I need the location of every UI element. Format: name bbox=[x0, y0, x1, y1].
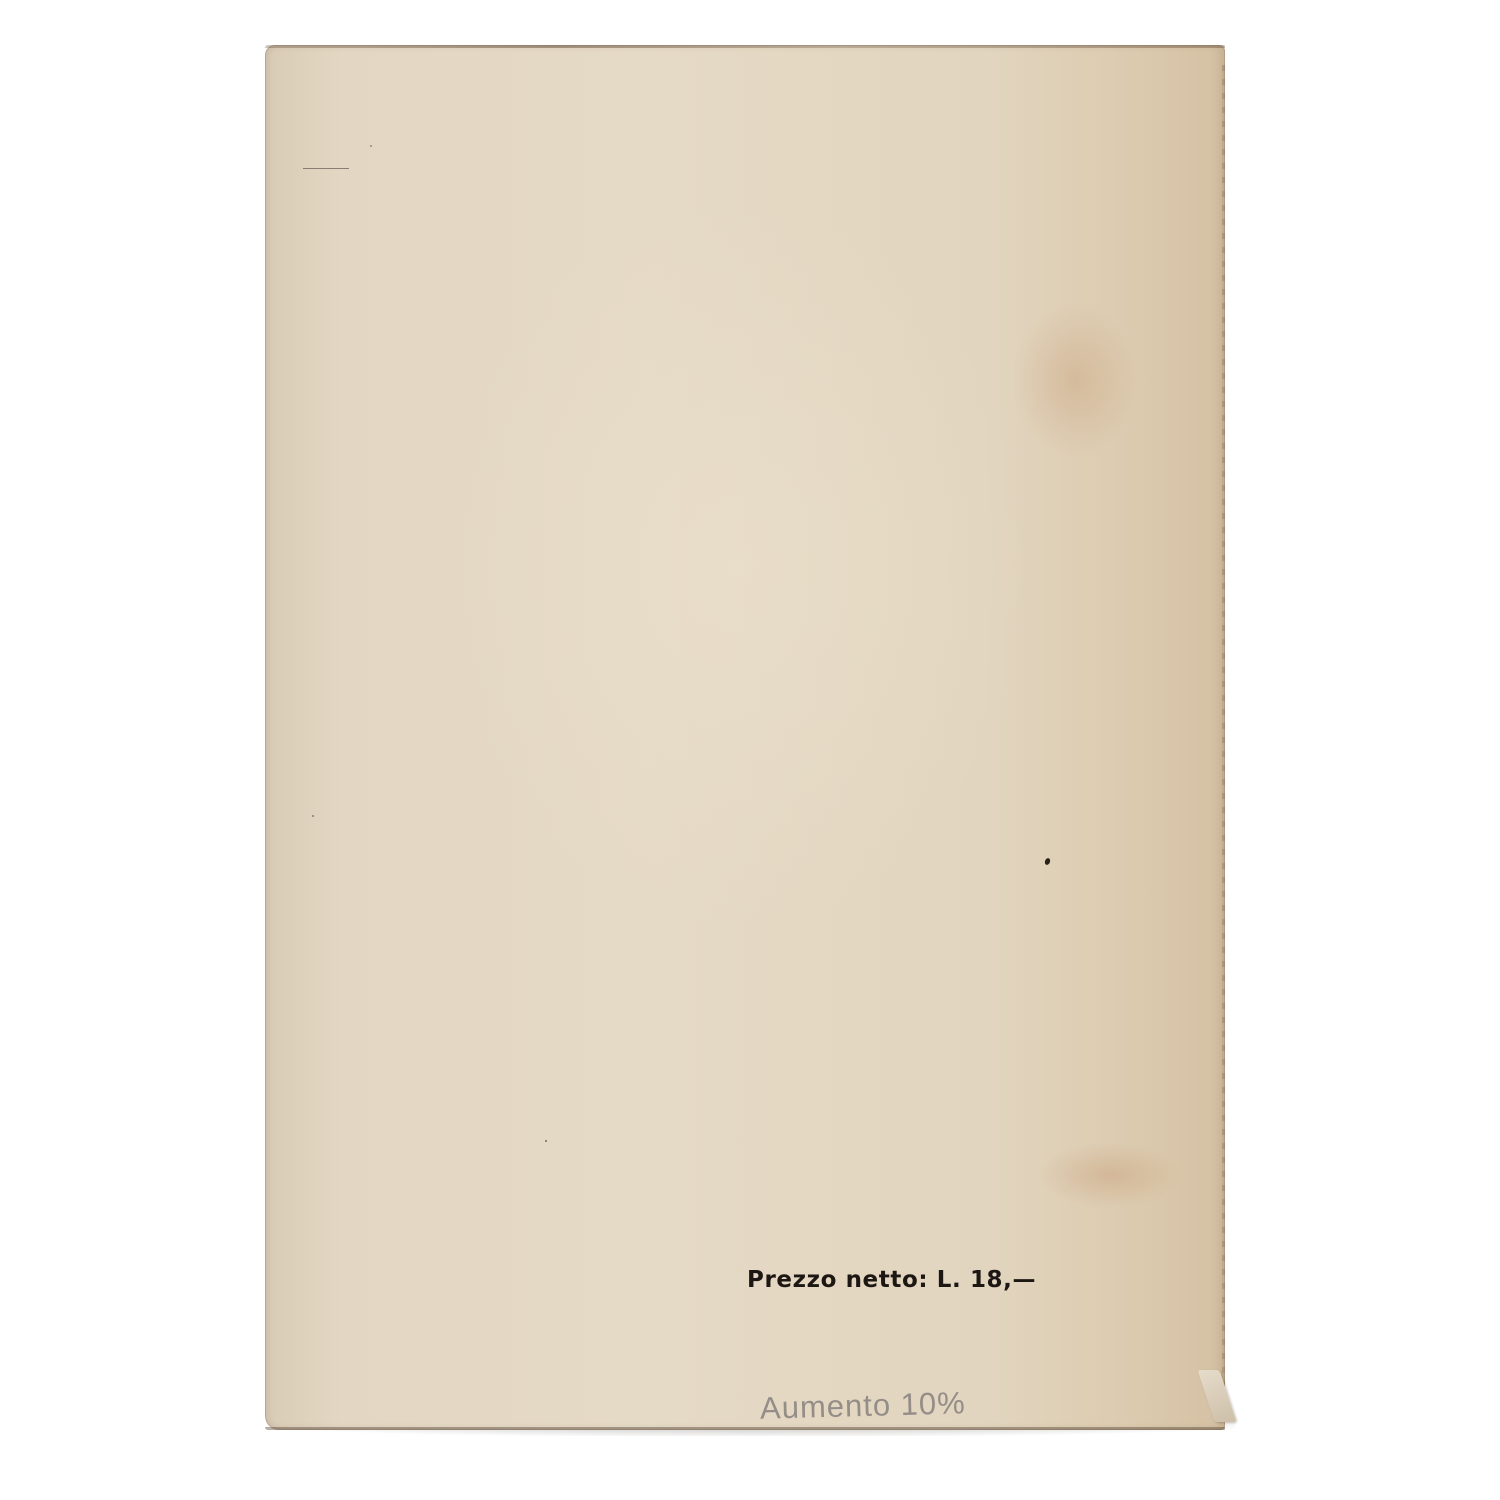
pencil-mark-line bbox=[303, 168, 349, 169]
paper-speck bbox=[370, 145, 372, 147]
paper-speck bbox=[545, 1140, 547, 1142]
photo-stage: Prezzo netto: L. 18,— Aumento 10% bbox=[0, 0, 1500, 1500]
handwritten-price-increase-note: Aumento 10% bbox=[760, 1385, 967, 1426]
ink-speck bbox=[1044, 857, 1051, 865]
worn-right-edge bbox=[1222, 65, 1225, 1405]
book-back-cover: Prezzo netto: L. 18,— Aumento 10% bbox=[265, 45, 1225, 1430]
paper-speck bbox=[312, 815, 314, 817]
printed-price-label: Prezzo netto: L. 18,— bbox=[747, 1267, 1036, 1293]
